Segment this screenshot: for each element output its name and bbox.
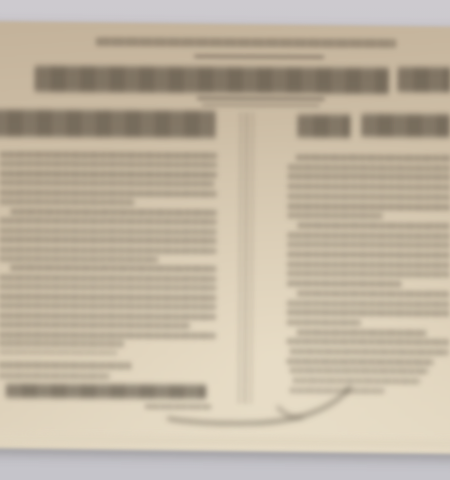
right-column-text-line [288, 251, 450, 258]
right-column-text-line [294, 378, 420, 385]
left-column-text-line [0, 256, 158, 263]
left-signature-line-2 [0, 373, 109, 380]
left-column-text-line [11, 208, 216, 215]
right-article-heading-word-2 [363, 114, 450, 138]
right-column-text-line [288, 213, 382, 220]
right-column-text-line [288, 193, 450, 200]
headline-main [36, 66, 388, 94]
right-column-text-line [291, 348, 450, 355]
right-column-text-line [298, 222, 450, 229]
left-bold-notice [7, 384, 205, 399]
right-column-text-line [287, 319, 360, 325]
right-column-text-line [288, 203, 450, 210]
right-column-text-line [288, 310, 450, 317]
right-column-text-line [288, 280, 401, 287]
right-column-text-line [287, 358, 433, 365]
right-column-text-line [297, 329, 427, 336]
right-article-heading-word-1 [299, 114, 351, 137]
right-column-text-line [297, 290, 449, 297]
right-column-text-line [288, 261, 450, 268]
right-column-text-line [288, 232, 450, 239]
right-column-text-line [290, 387, 384, 394]
photograph-of-newspaper: { "scene": { "description": "Out-of-focu… [0, 0, 450, 480]
left-column-text-line [0, 322, 190, 329]
left-column-text-line [0, 199, 134, 206]
left-closing-line-2 [0, 350, 117, 356]
left-closing-line-1 [0, 340, 123, 348]
left-article-heading [0, 110, 217, 138]
newsprint-content [0, 0, 450, 480]
right-column-text-line [297, 154, 450, 161]
right-column-text-line [288, 300, 450, 307]
headline-right-word [399, 67, 450, 92]
right-column-text-line [288, 164, 450, 171]
masthead-line [96, 37, 396, 48]
left-signature-line-1 [0, 362, 131, 370]
right-column-text-line [288, 183, 450, 190]
left-notice-subline [145, 404, 211, 410]
